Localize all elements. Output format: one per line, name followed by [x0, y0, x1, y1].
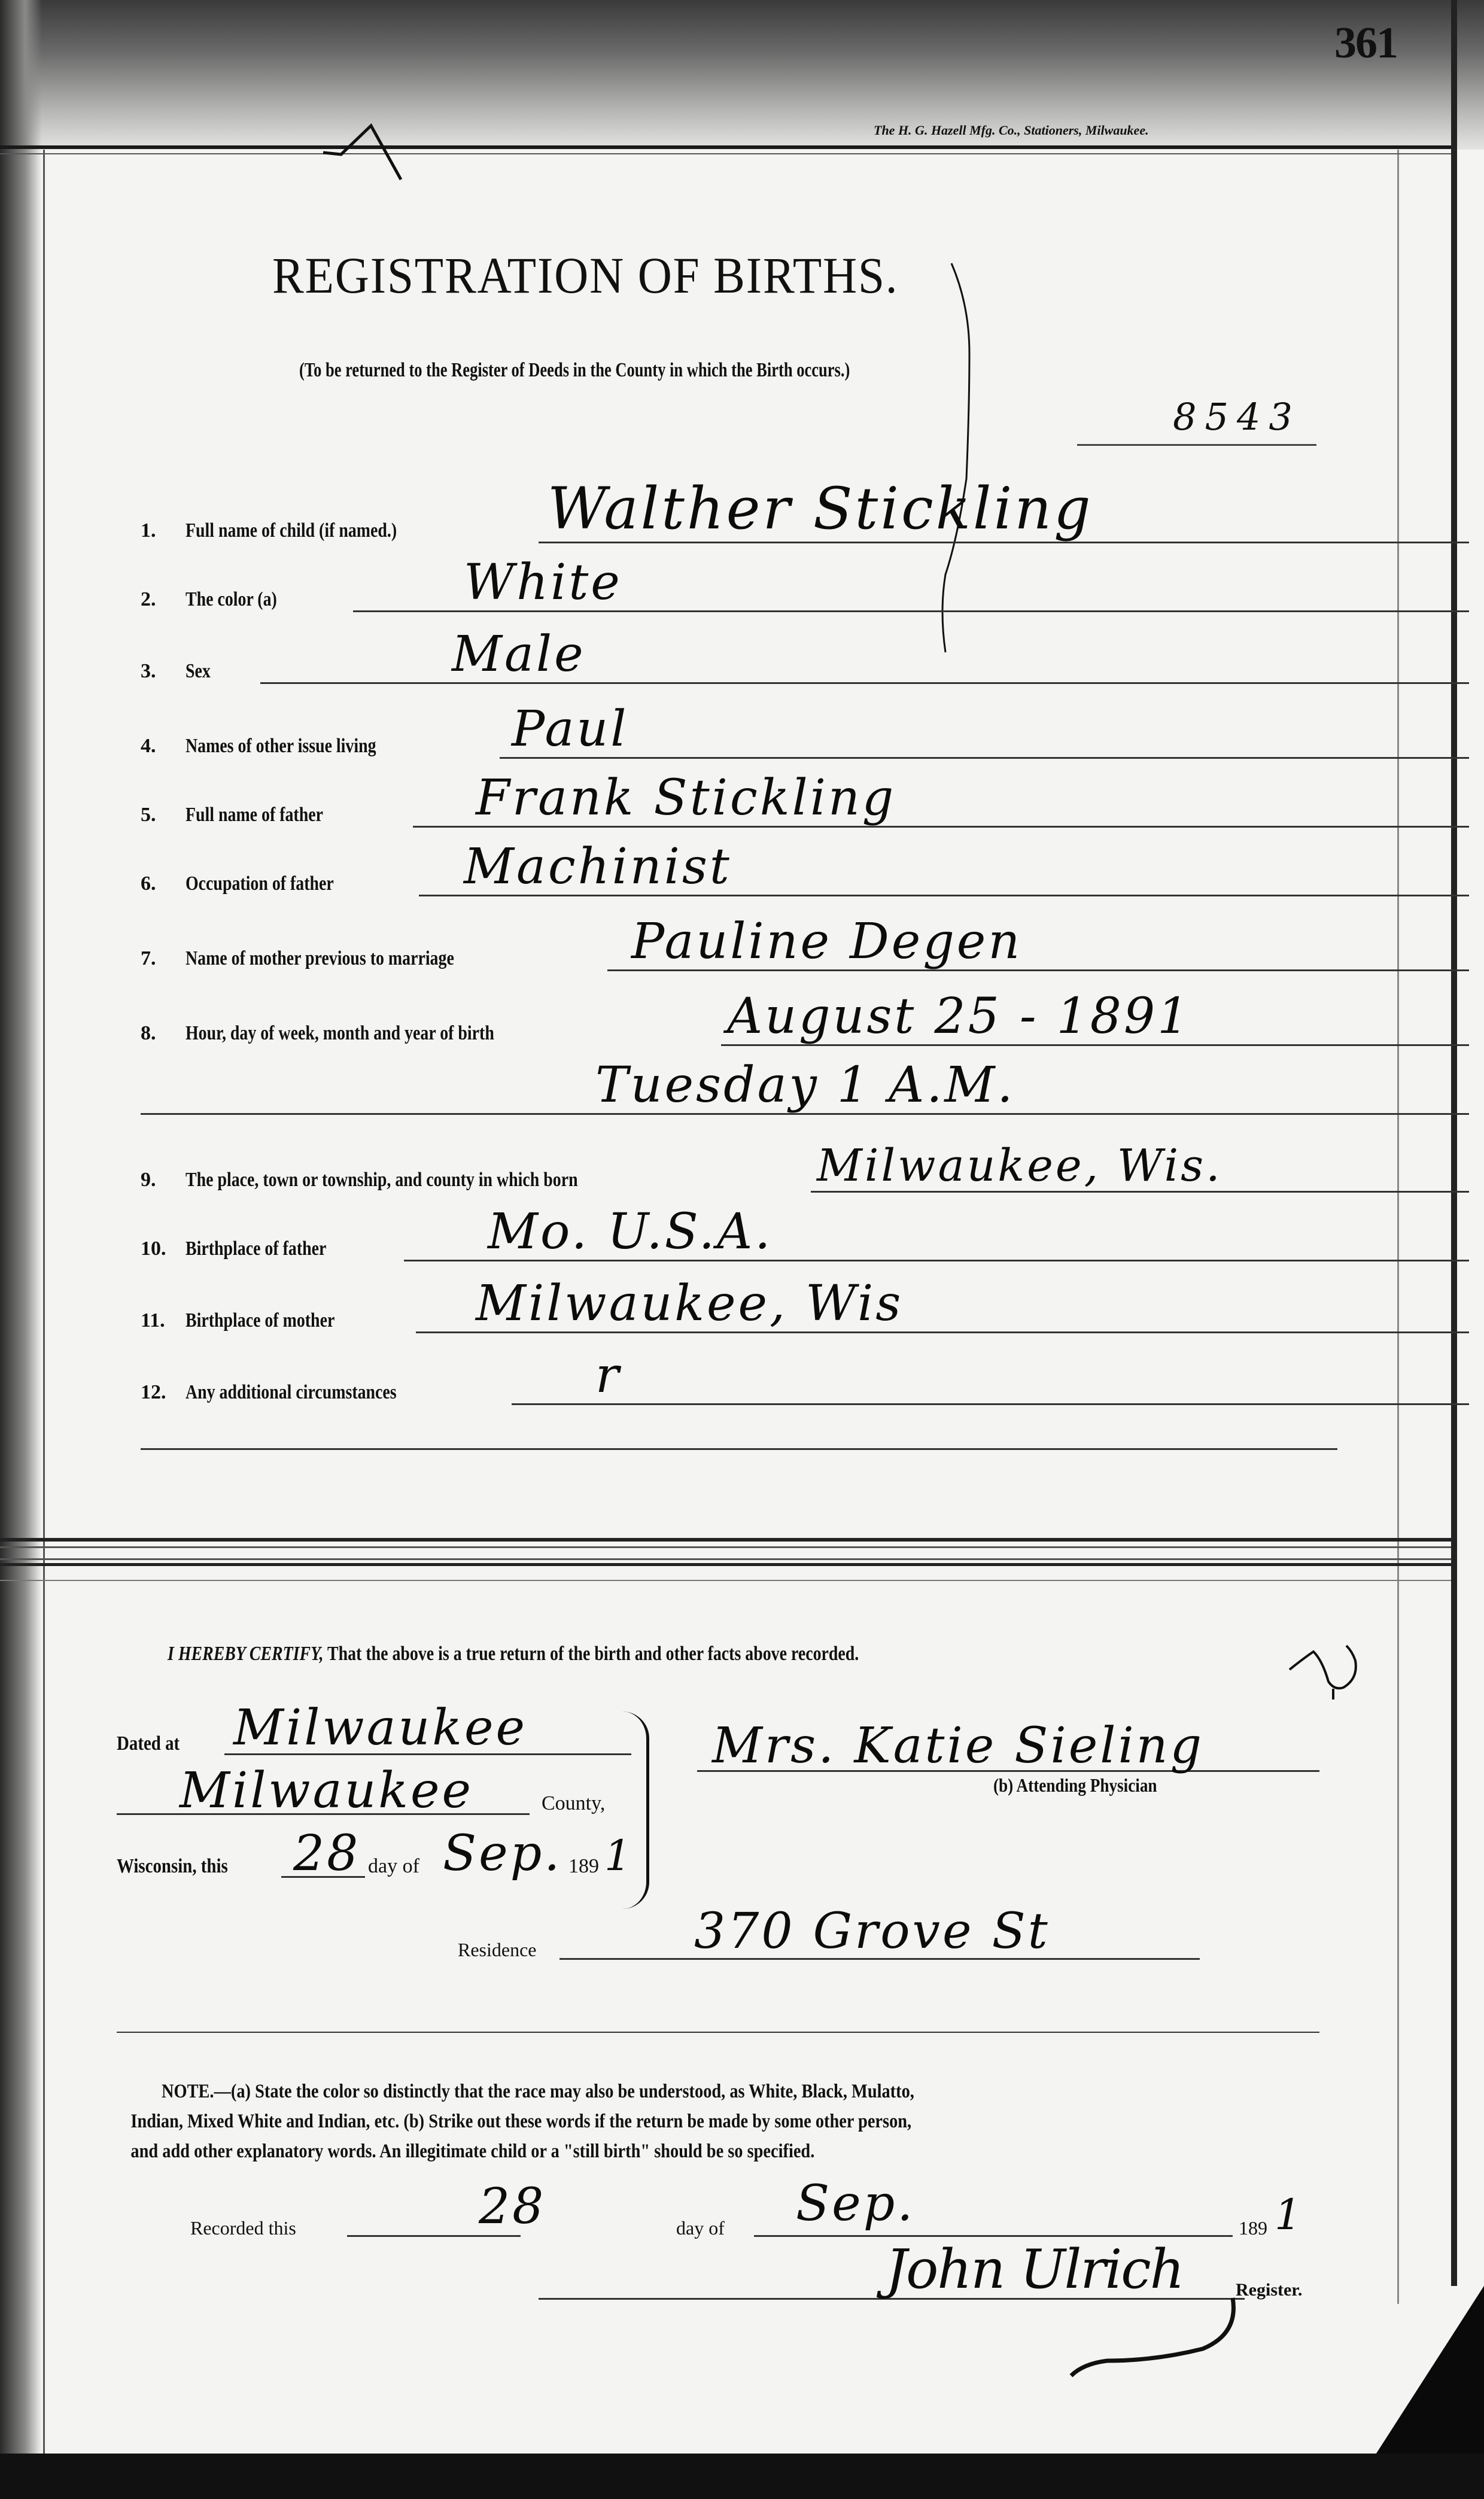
field-number: 5.: [141, 804, 156, 826]
recorded-month-value[interactable]: Sep.: [796, 2175, 915, 2232]
field-additional-circumstances: 12. Any additional circumstances r: [141, 1346, 1337, 1412]
dated-at-label: Dated at: [117, 1732, 180, 1755]
signature-flourish-icon: [1059, 2292, 1239, 2382]
county-value[interactable]: Milwaukee: [180, 1762, 473, 1819]
field-value[interactable]: Milwaukee, Wis.: [817, 1140, 1223, 1191]
field-value[interactable]: Pauline Degen: [631, 913, 1022, 970]
field-birth-datetime: 8. Hour, day of week, month and year of …: [141, 987, 1337, 1053]
field-label: Birthplace of father: [185, 1238, 326, 1260]
wisconsin-this-label: Wisconsin, this: [117, 1855, 228, 1878]
field-label: Names of other issue living: [185, 735, 376, 758]
physician-label: (b) Attending Physician: [993, 1774, 1157, 1796]
blank-line: [141, 1448, 1337, 1450]
recorded-month-underline: [754, 2235, 1233, 2237]
scan-left-shadow: [0, 0, 42, 2454]
field-father-birthplace: 10. Birthplace of father Mo. U.S.A.: [141, 1203, 1337, 1269]
field-value[interactable]: Frank Stickling: [476, 770, 896, 826]
field-number: 6.: [141, 872, 156, 895]
field-value[interactable]: Tuesday 1 A.M.: [595, 1057, 1015, 1114]
registration-number: 8543: [1173, 395, 1301, 439]
field-underline: [500, 757, 1469, 759]
footnote-line: NOTE.—(a) State the color so distinctly …: [162, 2077, 1191, 2106]
field-other-issue: 4. Names of other issue living Paul: [141, 700, 1337, 766]
field-value[interactable]: Male: [452, 626, 586, 683]
residence-value[interactable]: 370 Grove St: [694, 1903, 1050, 1960]
field-sex: 3. Sex Male: [141, 625, 1337, 691]
header-rule: [0, 145, 1451, 149]
field-label: Hour, day of week, month and year of bir…: [185, 1022, 494, 1045]
field-father-name: 5. Full name of father Frank Stickling: [141, 769, 1337, 835]
field-number: 4.: [141, 735, 156, 758]
field-number: 2.: [141, 588, 156, 611]
field-value[interactable]: White: [464, 554, 622, 611]
scan-top-shadow: [0, 0, 1484, 150]
register-label: Register.: [1236, 2280, 1302, 2300]
certify-month-value[interactable]: Sep.: [443, 1825, 562, 1882]
field-value[interactable]: Milwaukee, Wis: [476, 1275, 903, 1332]
left-margin-rule: [43, 150, 45, 2454]
county-label: County,: [542, 1792, 605, 1815]
field-label: Occupation of father: [185, 872, 334, 895]
recorded-day-of-label: day of: [676, 2217, 725, 2239]
field-label: Full name of father: [185, 804, 323, 826]
field-label: The color (a): [185, 588, 277, 611]
field-color: 2. The color (a) White: [141, 554, 1337, 619]
recorded-day-underline: [347, 2235, 521, 2237]
registration-number-underline: [1077, 444, 1316, 446]
footnote: NOTE.—(a) State the color so distinctly …: [162, 2077, 1191, 2166]
field-number: 12.: [141, 1381, 166, 1404]
section-separator: [0, 1538, 1451, 1542]
field-label: Birthplace of mother: [185, 1309, 334, 1332]
section-separator: [0, 1546, 1451, 1548]
check-mark-icon: [1287, 1640, 1382, 1705]
blank-line: [117, 2032, 1319, 2033]
field-label: Full name of child (if named.): [185, 519, 397, 542]
field-value[interactable]: August 25 - 1891: [727, 988, 1191, 1045]
field-label: Name of mother previous to marriage: [185, 947, 454, 970]
field-number: 8.: [141, 1022, 156, 1045]
residence-label: Residence: [458, 1939, 537, 1961]
page-number: 361: [1334, 18, 1397, 69]
recorded-day-value[interactable]: 28: [479, 2178, 546, 2235]
field-number: 10.: [141, 1238, 166, 1260]
right-margin-rule: [1397, 150, 1399, 2304]
field-label: The place, town or township, and county …: [185, 1169, 578, 1191]
field-value[interactable]: Mo. U.S.A.: [488, 1203, 773, 1260]
field-mother-maiden-name: 7. Name of mother previous to marriage P…: [141, 913, 1337, 978]
field-child-name: 1. Full name of child (if named.) Walthe…: [141, 485, 1337, 551]
right-page-edge: [1451, 0, 1457, 2286]
field-birth-place: 9. The place, town or township, and coun…: [141, 1134, 1337, 1200]
document-title: REGISTRATION OF BIRTHS.: [272, 245, 898, 305]
field-number: 9.: [141, 1169, 156, 1191]
footnote-line: and add other explanatory words. An ille…: [130, 2136, 1191, 2166]
field-number: 3.: [141, 660, 156, 683]
field-birth-datetime-line2: Tuesday 1 A.M.: [141, 1056, 1337, 1122]
scan-bottom-edge: [0, 2454, 1484, 2499]
bracket: [622, 1711, 649, 1909]
field-number: 7.: [141, 947, 156, 970]
certification-statement: I HEREBY CERTIFY, That the above is a tr…: [168, 1643, 859, 1665]
printer-imprint: The H. G. Hazell Mfg. Co., Stationers, M…: [874, 123, 1149, 138]
field-number: 1.: [141, 519, 156, 542]
physician-signature[interactable]: Mrs. Katie Sieling: [712, 1717, 1204, 1774]
field-value[interactable]: Machinist: [464, 838, 732, 895]
field-value[interactable]: r: [595, 1347, 621, 1404]
dated-at-value[interactable]: Milwaukee: [233, 1700, 527, 1756]
certify-day-value[interactable]: 28: [293, 1825, 360, 1882]
section-separator: [0, 1563, 1451, 1566]
recorded-year-suffix[interactable]: 1: [1275, 2190, 1304, 2239]
field-number: 11.: [141, 1309, 165, 1332]
field-mother-birthplace: 11. Birthplace of mother Milwaukee, Wis: [141, 1275, 1337, 1340]
field-underline: [260, 682, 1469, 684]
pen-mark-icon: [323, 120, 443, 191]
document-subtitle: (To be returned to the Register of Deeds…: [299, 359, 850, 382]
section-separator: [0, 1580, 1451, 1581]
certify-rest: That the above is a true return of the b…: [327, 1643, 859, 1665]
certify-year-prefix: 189: [568, 1855, 599, 1878]
header-rule-thin: [0, 153, 1451, 154]
field-value[interactable]: Paul: [512, 701, 628, 758]
section-separator: [0, 1558, 1451, 1560]
recorded-year-prefix: 189: [1239, 2217, 1267, 2239]
field-father-occupation: 6. Occupation of father Machinist: [141, 838, 1337, 904]
field-label: Sex: [185, 660, 211, 683]
field-underline: [512, 1403, 1469, 1405]
field-label: Any additional circumstances: [185, 1381, 397, 1404]
certify-lead: I HEREBY CERTIFY,: [168, 1643, 324, 1665]
field-value[interactable]: Walther Stickling: [548, 475, 1093, 542]
footnote-line: Indian, Mixed White and Indian, etc. (b)…: [130, 2106, 1191, 2136]
day-of-label: day of: [368, 1855, 419, 1878]
recorded-this-label: Recorded this: [190, 2217, 296, 2239]
birth-registration-page: 361 The H. G. Hazell Mfg. Co., Stationer…: [0, 0, 1484, 2499]
